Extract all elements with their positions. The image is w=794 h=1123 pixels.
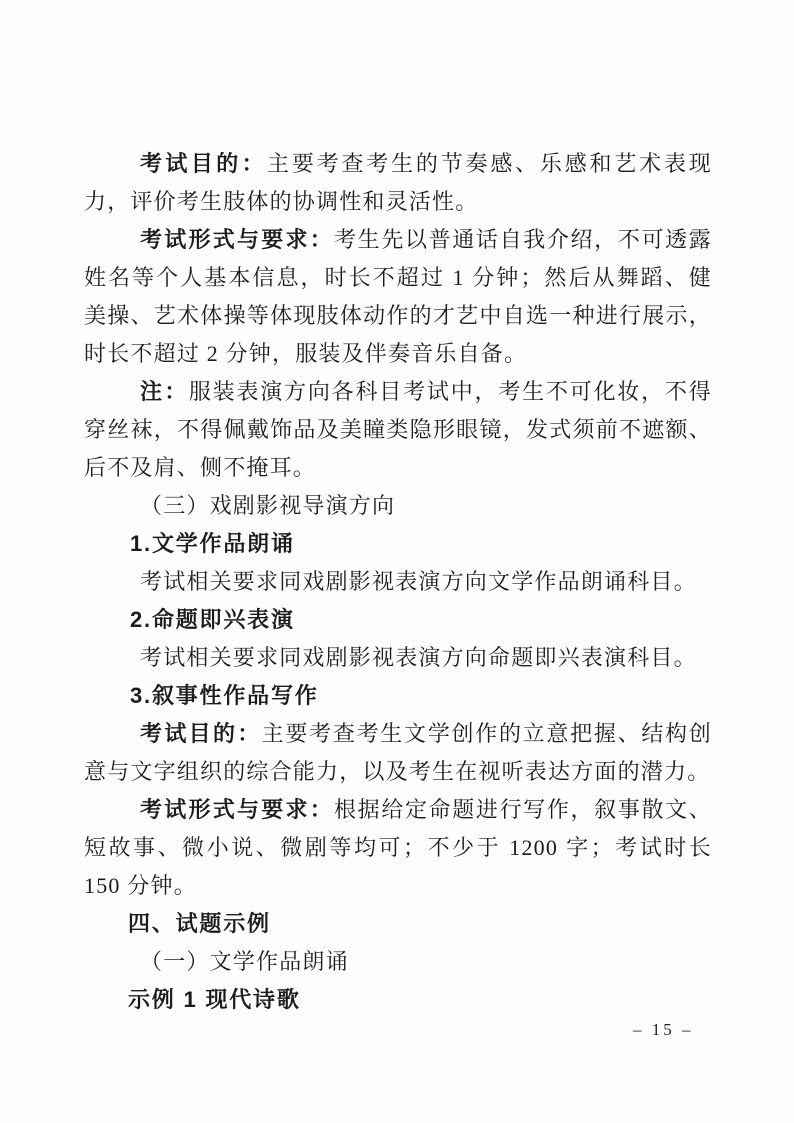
paragraph-lead-text: 考试目的：: [140, 721, 262, 746]
document-page: 考试目的：主要考查考生的节奏感、乐感和艺术表现力，评价考生肢体的协调性和灵活性。…: [0, 0, 794, 1123]
heading-section-4-sample-questions: 四、试题示例: [84, 905, 712, 943]
paragraph-text: 考试相关要求同戏剧影视表演方向命题即兴表演科目。: [140, 645, 697, 670]
paragraph-lead-text: 注：: [140, 379, 189, 404]
paragraph-lead-text: 2.命题即兴表演: [130, 607, 295, 632]
para-same-requirement-improvisation: 考试相关要求同戏剧影视表演方向命题即兴表演科目。: [84, 639, 712, 677]
paragraph-text: 考试相关要求同戏剧影视表演方向文学作品朗诵科目。: [140, 569, 697, 594]
paragraph-lead-text: 四、试题示例: [128, 911, 271, 936]
paragraph-text: （一）文学作品朗诵: [140, 949, 349, 974]
subheading-2-improvisation: 2.命题即兴表演: [84, 601, 712, 639]
heading-sub-1-literary-recitation: （一）文学作品朗诵: [84, 943, 712, 981]
paragraph-lead-text: 考试形式与要求：: [140, 797, 334, 822]
para-exam-form-dance: 考试形式与要求：考生先以普通话自我介绍，不可透露姓名等个人基本信息，时长不超过 …: [84, 221, 712, 373]
paragraph-lead-text: 3.叙事性作品写作: [130, 683, 319, 708]
para-exam-form-writing: 考试形式与要求：根据给定命题进行写作，叙事散文、短故事、微小说、微剧等均可；不少…: [84, 791, 712, 905]
paragraph-lead-text: 考试形式与要求：: [140, 227, 334, 252]
paragraph-text: （三）戏剧影视导演方向: [140, 493, 395, 518]
subheading-1-literary-recitation: 1.文学作品朗诵: [84, 525, 712, 563]
paragraph-lead-text: 考试目的：: [140, 151, 267, 176]
para-exam-purpose-writing: 考试目的：主要考查考生文学创作的立意把握、结构创意与文字组织的综合能力，以及考生…: [84, 715, 712, 791]
page-number: – 15 –: [633, 1020, 694, 1040]
document-body: 考试目的：主要考查考生的节奏感、乐感和艺术表现力，评价考生肢体的协调性和灵活性。…: [84, 145, 712, 1019]
heading-example-1-modern-poetry: 示例 1 现代诗歌: [84, 981, 712, 1019]
heading-section-3-directing: （三）戏剧影视导演方向: [84, 487, 712, 525]
subheading-3-narrative-writing: 3.叙事性作品写作: [84, 677, 712, 715]
paragraph-lead-text: 1.文学作品朗诵: [130, 531, 295, 556]
para-same-requirement-recitation: 考试相关要求同戏剧影视表演方向文学作品朗诵科目。: [84, 563, 712, 601]
para-exam-purpose-dance: 考试目的：主要考查考生的节奏感、乐感和艺术表现力，评价考生肢体的协调性和灵活性。: [84, 145, 712, 221]
para-note-costume: 注：服装表演方向各科目考试中，考生不可化妆，不得穿丝袜，不得佩戴饰品及美瞳类隐形…: [84, 373, 712, 487]
paragraph-lead-text: 示例 1 现代诗歌: [128, 987, 301, 1012]
